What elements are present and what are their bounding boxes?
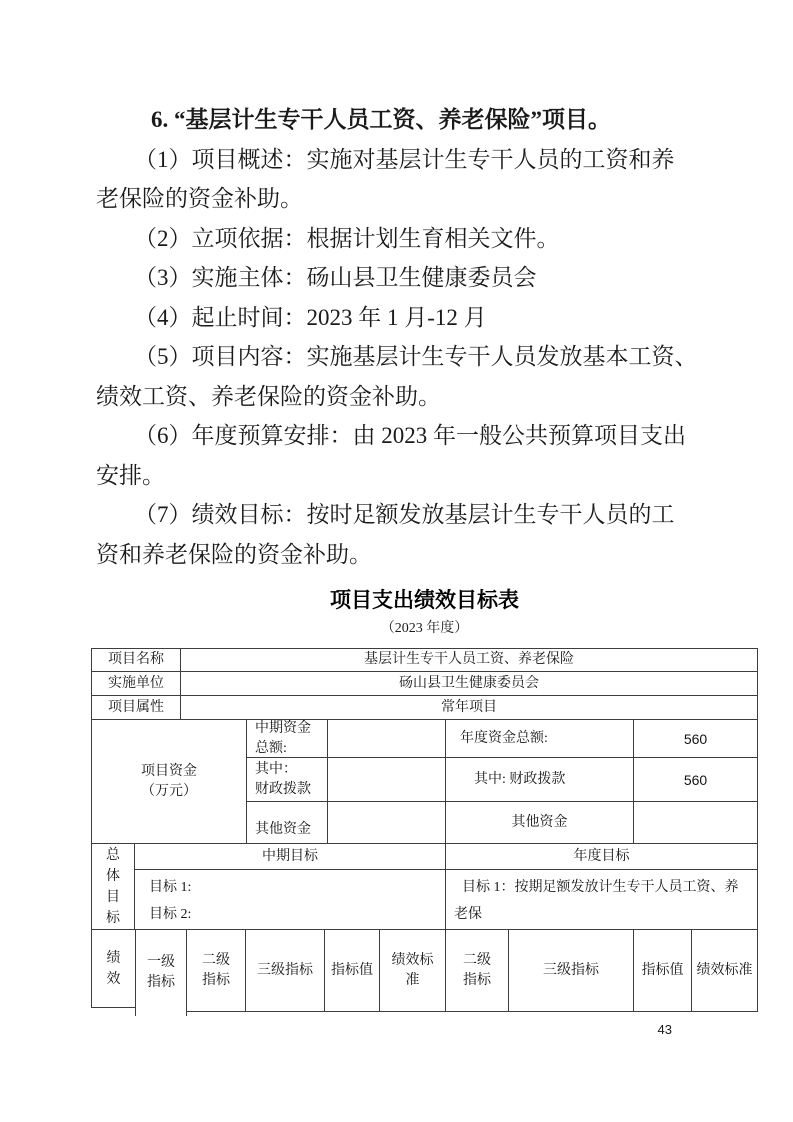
paragraph-7: （7）绩效目标：按时足额发放基层计生专干人员的工 资和养老保险的资金补助。 — [96, 495, 698, 574]
cell-mid-other-value — [328, 802, 446, 844]
cell-level2-indicator-header-mid: 二级 指标 — [187, 930, 246, 1012]
cell-level2-indicator-header-annual: 二级 指标 — [446, 930, 509, 1012]
cell-project-attribute-label: 项目属性 — [91, 696, 181, 720]
paragraph-4: （4）起止时间：2023 年 1 月-12 月 — [96, 298, 698, 338]
cell-implementing-unit-value: 砀山县卫生健康委员会 — [181, 672, 758, 696]
paragraph-1: （1）项目概述：实施对基层计生专干人员的工资和养 老保险的资金补助。 — [96, 140, 698, 219]
cell-annual-other-label: 其他资金 — [446, 802, 634, 844]
paragraph-6: （6）年度预算安排：由 2023 年一般公共预算项目支出 安排。 — [96, 416, 698, 495]
cell-mid-total-label: 中期资金 总额: — [247, 720, 328, 758]
document-page: 6. “基层计生专干人员工资、养老保险”项目。 （1）项目概述：实施对基层计生专… — [0, 0, 793, 1122]
cell-implementing-unit-label: 实施单位 — [91, 672, 181, 696]
table-subtitle: （2023 年度） — [91, 618, 758, 640]
cell-annual-goal-header: 年度目标 — [446, 844, 758, 870]
cell-project-attribute-value: 常年项目 — [181, 696, 758, 720]
cell-performance-standard-header-mid: 绩效标 准 — [380, 930, 446, 1012]
cell-project-name-label: 项目名称 — [91, 648, 181, 672]
body-text-block: 6. “基层计生专干人员工资、养老保险”项目。 （1）项目概述：实施对基层计生专… — [96, 100, 698, 574]
cell-mid-other-label: 其他资金 — [247, 802, 328, 844]
cell-mid-fiscal-label: 其中： 财政拨款 — [247, 758, 328, 802]
cell-mid-goals: 目标 1: 目标 2: — [135, 870, 446, 930]
cell-indicator-value-header-annual: 指标值 — [634, 930, 692, 1012]
cell-annual-goals: 目标 1：按期足额发放计生专干人员工资、养老保 险，确保计生专干生活保障。 — [446, 870, 758, 930]
cell-overall-goal-label: 总 体 目 标 — [91, 844, 135, 930]
section-heading: 6. “基层计生专干人员工资、养老保险”项目。 — [96, 100, 698, 140]
paragraph-2: （2）立项依据：根据计划生育相关文件。 — [96, 219, 698, 259]
cell-mid-total-value — [328, 720, 446, 758]
cell-performance-standard-header-annual: 绩效标准 — [692, 930, 758, 1012]
cell-indicator-value-header-mid: 指标值 — [325, 930, 380, 1012]
paragraph-3: （3）实施主体：砀山县卫生健康委员会 — [96, 258, 698, 298]
cell-annual-fiscal-label: 其中: 财政拨款 — [446, 758, 634, 802]
cell-project-name-value: 基层计生专干人员工资、养老保险 — [181, 648, 758, 672]
cell-mid-fiscal-value — [328, 758, 446, 802]
cell-annual-other-value — [634, 802, 758, 844]
cell-mid-goal-header: 中期目标 — [135, 844, 446, 870]
cell-annual-fiscal-value: 560 — [634, 758, 758, 802]
cell-level3-indicator-header-mid: 三级指标 — [246, 930, 325, 1012]
performance-target-table: 项目名称 基层计生专干人员工资、养老保险 实施单位 砀山县卫生健康委员会 项目属… — [91, 648, 758, 1018]
cell-annual-total-value: 560 — [634, 720, 758, 758]
paragraph-5: （5）项目内容：实施基层计生专干人员发放基本工资、 绩效工资、养老保险的资金补助… — [96, 337, 698, 416]
table-title: 项目支出绩效目标表 — [91, 585, 758, 615]
page-number: 43 — [642, 1022, 672, 1037]
cell-project-funding-label: 项目资金 （万元） — [91, 720, 247, 844]
cell-level3-indicator-header-annual: 三级指标 — [509, 930, 634, 1012]
cell-performance-label: 绩 效 — [91, 930, 135, 1008]
cell-annual-total-label: 年度资金总额: — [446, 720, 634, 758]
cell-level1-indicator-header: 一级 指标 — [135, 930, 187, 1016]
